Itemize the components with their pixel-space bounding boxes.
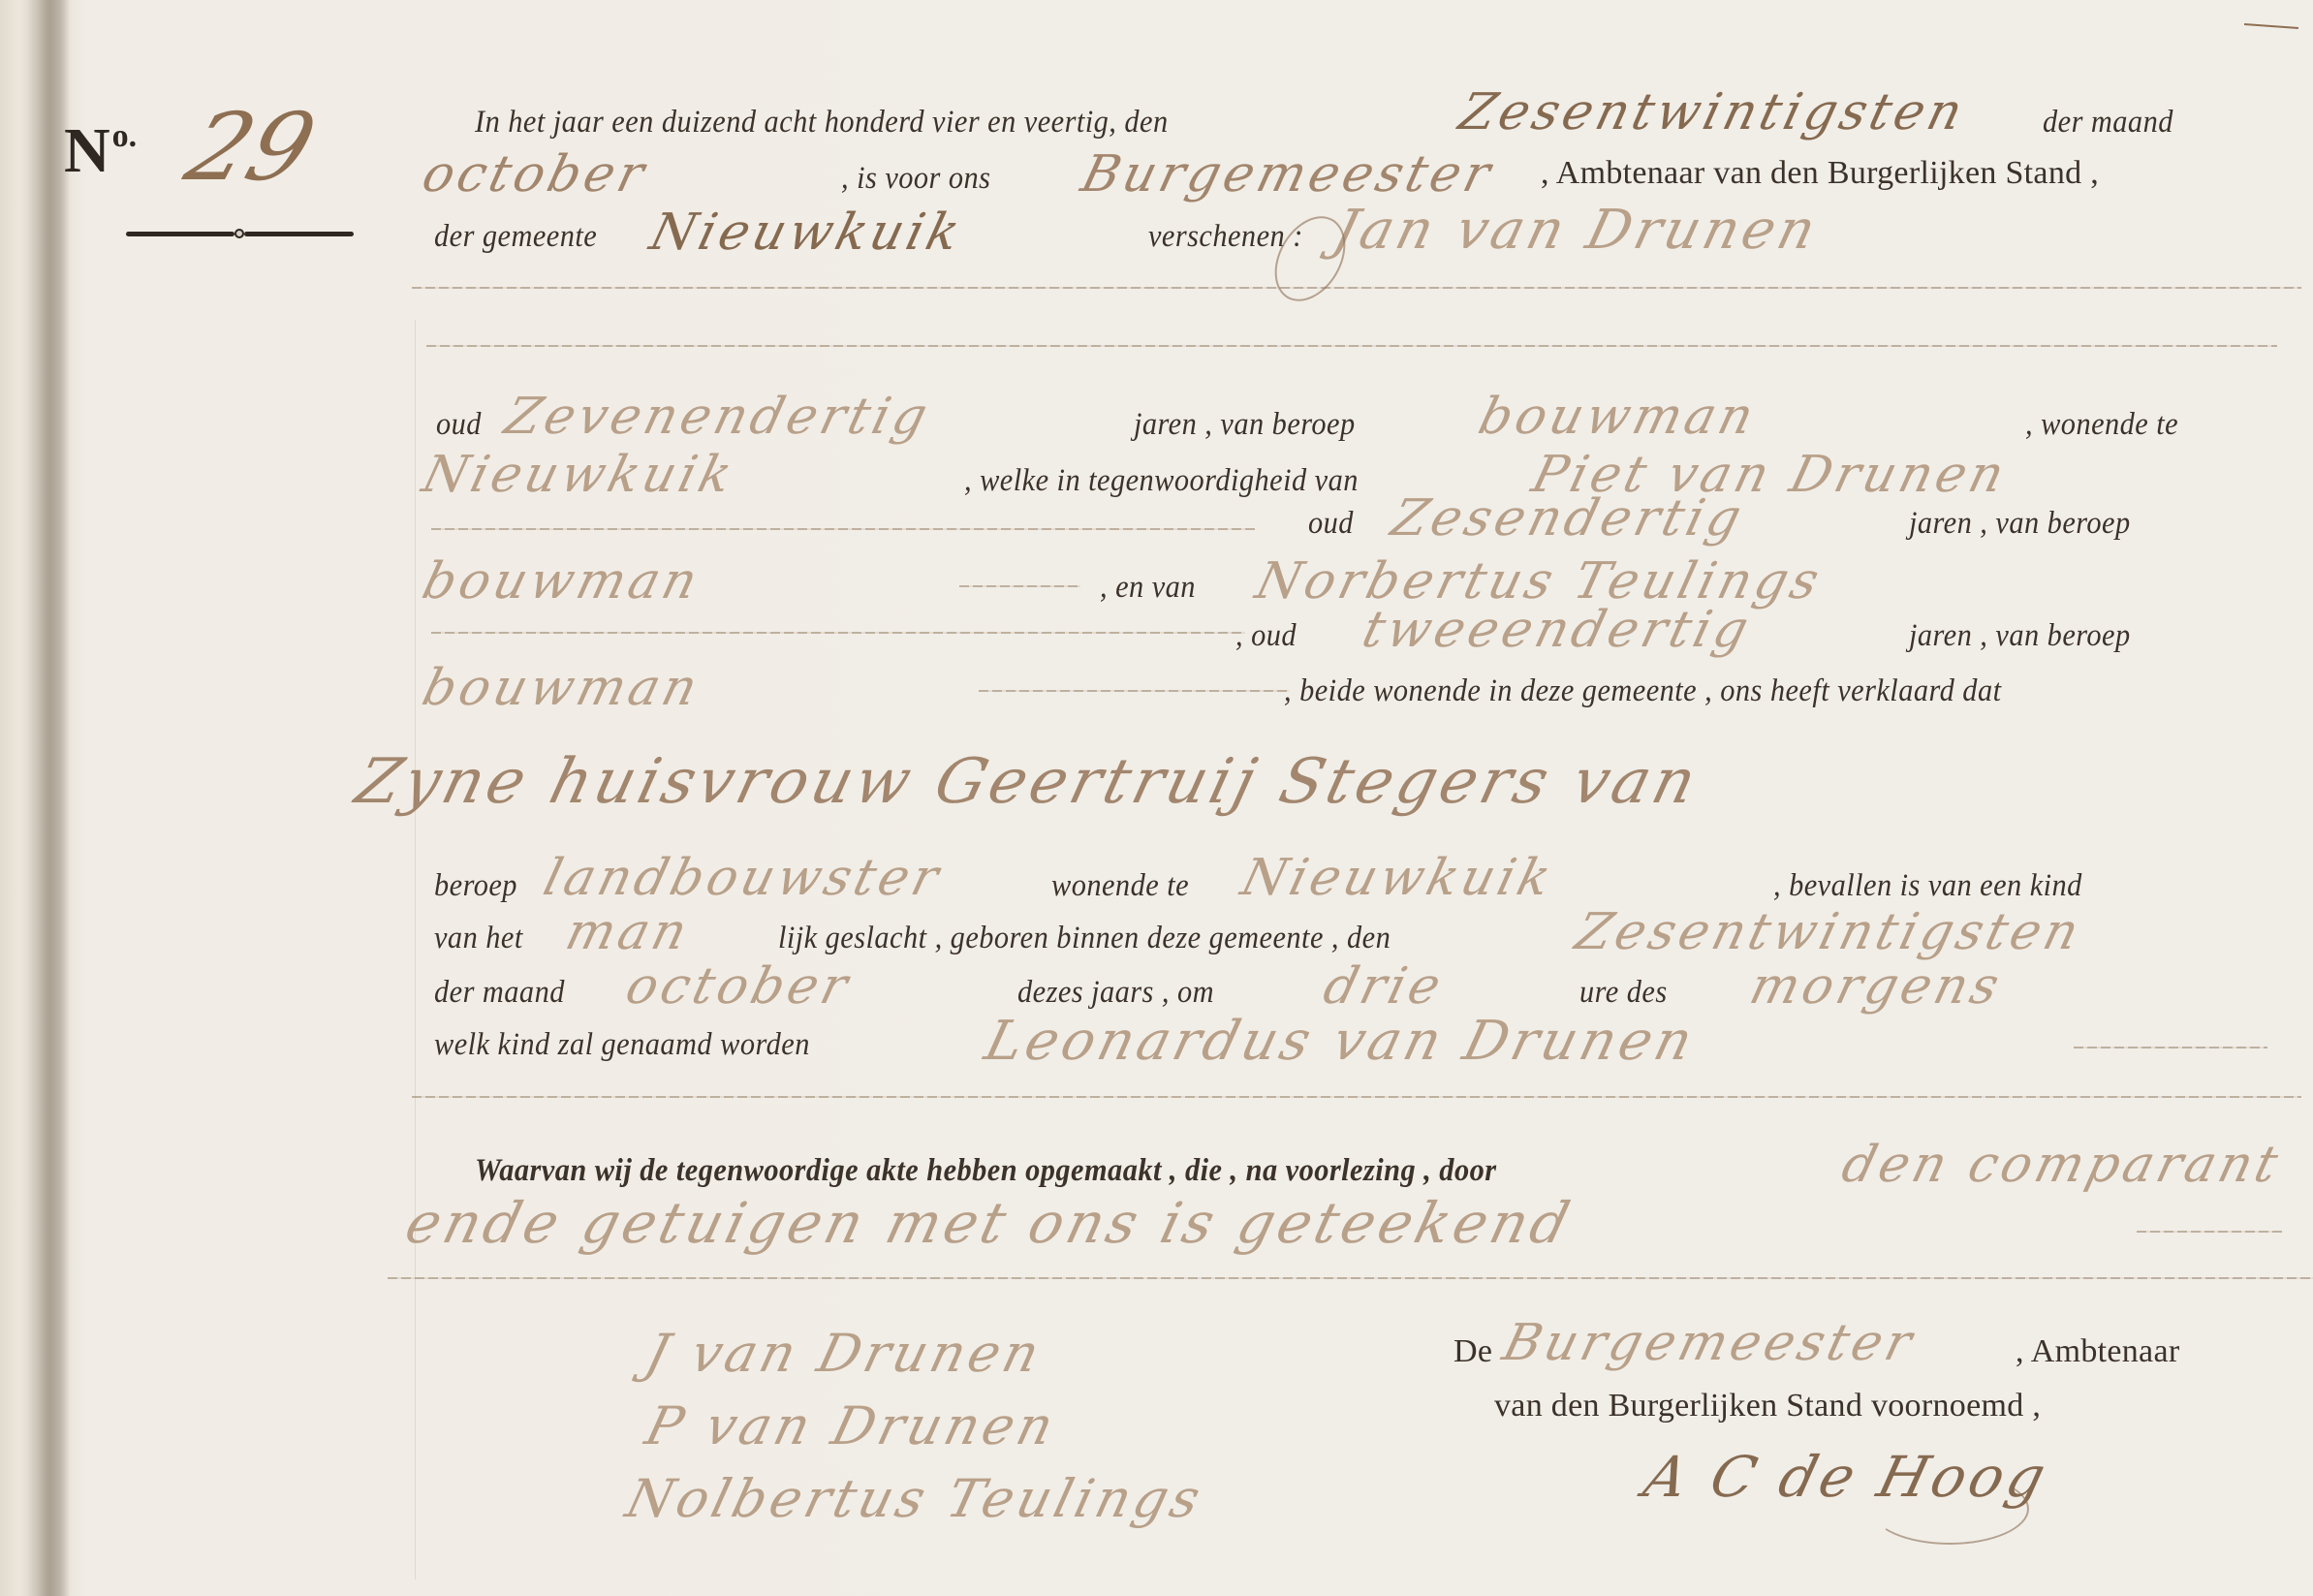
handwritten-witness2-occupation: bouwman	[417, 659, 706, 717]
printed-oud: oud	[436, 407, 482, 443]
dashed-rule	[2074, 1047, 2267, 1048]
handwritten-declarant-occupation: bouwman	[1473, 388, 1763, 446]
printed-welk-kind: welk kind zal genaamd worden	[434, 1027, 810, 1063]
corner-pen-mark	[2244, 23, 2298, 29]
handwritten-day: Zesentwintigsten	[1453, 83, 1972, 141]
dashed-rule	[412, 1096, 2301, 1098]
handwritten-birth-day: Zesentwintigsten	[1570, 903, 2088, 961]
handwritten-witness2-age: tweeendertig	[1357, 601, 1758, 659]
signature-flourish	[1870, 1473, 2029, 1545]
printed-oud: oud	[1308, 506, 1354, 542]
margin-rule	[415, 320, 416, 1580]
printed-ambtenaar: , Ambtenaar van den Burgerlijken Stand ,	[1541, 155, 2099, 192]
printed-beroep: beroep	[434, 868, 517, 904]
handwritten-declarant: Jan van Drunen	[1328, 199, 1826, 262]
printed-geslacht: lijk geslacht , geboren binnen deze geme…	[778, 921, 1391, 956]
handwritten-closing-title: Burgemeester	[1497, 1314, 1922, 1372]
dashed-rule	[431, 528, 1255, 530]
handwritten-municipality: Nieuwkuik	[644, 203, 969, 262]
handwritten-birth-hour: drie	[1318, 957, 1451, 1016]
record-number-value: 29	[174, 93, 328, 202]
printed-wonende-te: wonende te	[1051, 868, 1189, 904]
printed-van-het: van het	[434, 921, 523, 956]
handwritten-mother-occupation: landbouwster	[538, 849, 948, 907]
printed-bevallen: , bevallen is van een kind	[1773, 868, 2082, 904]
printed-dezes-jaars: dezes jaars , om	[1017, 975, 1214, 1011]
handwritten-birth-month: october	[620, 957, 858, 1016]
handwritten-declarant-residence: Nieuwkuik	[417, 446, 741, 504]
dashed-rule	[2137, 1231, 2282, 1233]
signature-declarant: J van Drunen	[640, 1323, 1049, 1384]
handwritten-sex: man	[560, 903, 697, 961]
dashed-rule	[431, 632, 1245, 634]
handwritten-month: october	[417, 145, 654, 203]
printed-jaren-beroep: jaren , van beroep	[1909, 618, 2131, 654]
dashed-rule	[959, 585, 1080, 587]
record-number-label: No.	[64, 114, 137, 188]
handwritten-witness1-age: Zesendertig	[1386, 489, 1751, 548]
printed-der-maand: der maand	[2043, 105, 2173, 141]
handwritten-child-name: Leonardus van Drunen	[979, 1010, 1703, 1073]
printed-beide-wonende: , beide wonende in deze gemeente , ons h…	[1284, 673, 2001, 709]
printed-welke: , welke in tegenwoordigheid van	[964, 463, 1359, 499]
handwritten-declarant-age: Zevenendertig	[499, 388, 937, 446]
dashed-rule	[979, 690, 1289, 692]
printed-closing-ambtenaar: , Ambtenaar	[2016, 1333, 2179, 1370]
printed-is-voor-ons: , is voor ons	[841, 161, 990, 197]
handwritten-signed-by-1: den comparant	[1836, 1136, 2287, 1194]
dashed-rule	[388, 1277, 2313, 1279]
printed-intro: In het jaar een duizend acht honderd vie…	[475, 105, 1169, 141]
printed-jaren-beroep: jaren , van beroep	[1909, 506, 2131, 542]
printed-der-gemeente: der gemeente	[434, 219, 597, 255]
printed-waarvan: Waarvan wij de tegenwoordige akte hebben…	[475, 1153, 1497, 1189]
handwritten-mother-residence: Nieuwkuik	[1235, 849, 1560, 907]
handwritten-witness1-occupation: bouwman	[417, 552, 706, 610]
handwritten-mother: Zyne huisvrouw Geertruij Stegers van	[349, 746, 1706, 818]
handwritten-official-title: Burgemeester	[1076, 145, 1500, 203]
ornament-divider	[126, 229, 354, 238]
handwritten-signed-by-2: ende getuigen met ons is geteekend	[399, 1190, 1579, 1256]
printed-ure-des: ure des	[1579, 975, 1668, 1011]
dashed-rule	[426, 345, 2277, 347]
printed-wonende-te: , wonende te	[2025, 407, 2178, 443]
printed-der-maand: der maand	[434, 975, 565, 1011]
printed-de: De	[1453, 1333, 1492, 1370]
dashed-rule	[412, 287, 2301, 289]
signature-witness1: P van Drunen	[640, 1395, 1063, 1456]
signature-witness2: Nolbertus Teulings	[620, 1468, 1210, 1529]
document-page: No. 29 In het jaar een duizend acht hond…	[0, 0, 2313, 1596]
printed-oud: , oud	[1235, 618, 1297, 654]
printed-closing-line2: van den Burgerlijken Stand voornoemd ,	[1494, 1388, 2041, 1424]
printed-jaren-beroep: jaren , van beroep	[1134, 407, 1356, 443]
handwritten-birth-daypart: morgens	[1744, 957, 2009, 1016]
printed-en-van: , en van	[1100, 570, 1196, 606]
book-gutter-shadow	[27, 0, 72, 1596]
